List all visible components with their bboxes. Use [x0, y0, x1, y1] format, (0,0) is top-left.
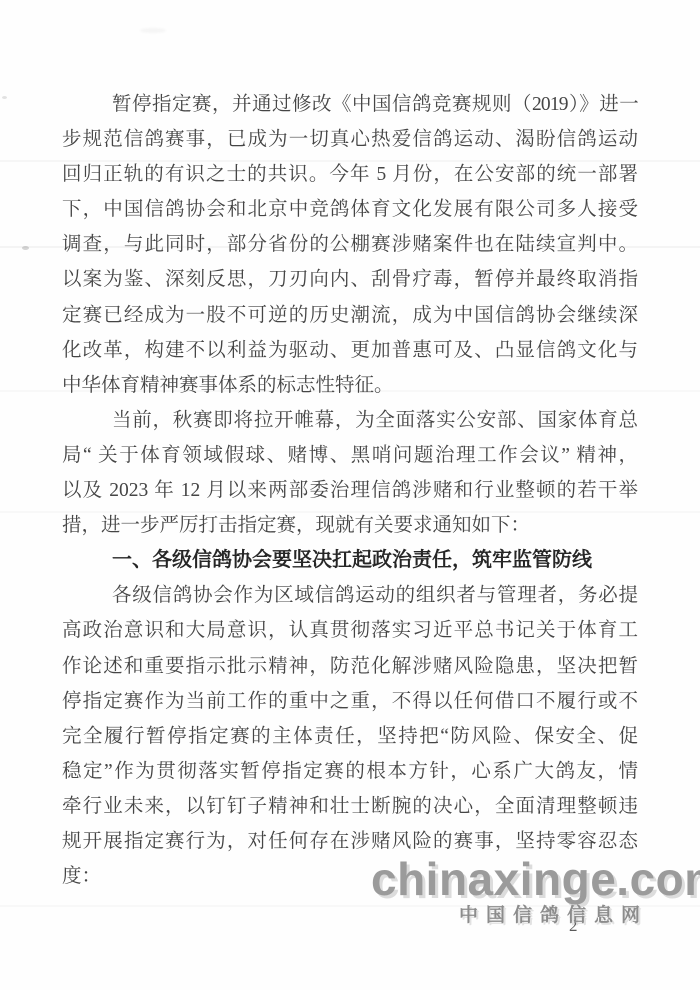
- watermark-logo: chinaxinge.com: [371, 856, 700, 902]
- doc-line: 回归正轨的有识之士的共识。今年 5 月份，在公安部的统一部署: [62, 157, 638, 192]
- scan-speck: [140, 28, 166, 33]
- doc-line: 停指定赛作为当前工作的重中之重，不得以任何借口不履行或不: [62, 684, 638, 719]
- doc-line: 以及 2023 年 12 月以来两部委治理信鸽涉赌和行业整顿的若干举: [62, 473, 638, 508]
- document-body: 暂停指定赛，并通过修改《中国信鸽竞赛规则（2019）》进一 步规范信鸽赛事，已成…: [62, 87, 638, 894]
- doc-line: 暂停指定赛，并通过修改《中国信鸽竞赛规则（2019）》进一: [62, 87, 638, 122]
- doc-line: 以案为鉴、深刻反思，刀刃向内、刮骨疗毒，暂停并最终取消指: [62, 262, 638, 297]
- doc-line: 中华体育精神赛事体系的标志性特征。: [62, 368, 638, 403]
- scan-artifact-line: [0, 160, 700, 162]
- doc-line: 定赛已经成为一股不可逆的历史潮流，成为中国信鸽协会继续深: [62, 298, 638, 333]
- scan-artifact-line: [0, 511, 700, 513]
- doc-line: 步规范信鸽赛事，已成为一切真心热爱信鸽运动、渴盼信鸽运动: [62, 122, 638, 157]
- doc-line: 牵行业未来，以钉钉子精神和壮士断腕的决心，全面清理整顿违: [62, 789, 638, 824]
- scan-speck: [2, 96, 7, 99]
- doc-line: 作论述和重要指示批示精神，防范化解涉赌风险隐患，坚决把暂: [62, 649, 638, 684]
- doc-line: 各级信鸽协会作为区域信鸽运动的组织者与管理者，务必提: [62, 578, 638, 613]
- doc-line: 稳定”作为贯彻落实暂停指定赛的根本方针，心系广大鸽友，情: [62, 754, 638, 789]
- document-page: 暂停指定赛，并通过修改《中国信鸽竞赛规则（2019）》进一 步规范信鸽赛事，已成…: [0, 0, 700, 990]
- scan-artifact-line: [0, 390, 700, 392]
- scan-speck: [22, 246, 29, 250]
- doc-line: 调查，与此同时，部分省份的公棚赛涉赌案件也在陆续宣判中。: [62, 227, 638, 262]
- doc-line: 下，中国信鸽协会和北京中竞鸽体育文化发展有限公司多人接受: [62, 192, 638, 227]
- doc-line: 高政治意识和大局意识，认真贯彻落实习近平总书记关于体育工: [62, 613, 638, 648]
- doc-line: 措，进一步严厉打击指定赛，现就有关要求通知如下：: [62, 508, 638, 543]
- section-heading: 一、各级信鸽协会要坚决扛起政治责任，筑牢监管防线: [62, 543, 638, 578]
- watermark-site-name: 中国信鸽信息网: [459, 903, 648, 929]
- scan-artifact-line: [0, 246, 700, 248]
- doc-line: 化改革，构建不以利益为驱动、更加普惠可及、凸显信鸽文化与: [62, 333, 638, 368]
- doc-line: 局“ 关于体育领域假球、赌博、黑哨问题治理工作会议” 精神，: [62, 438, 638, 473]
- doc-line: 当前，秋赛即将拉开帷幕，为全面落实公安部、国家体育总: [62, 403, 638, 438]
- doc-line: 完全履行暂停指定赛的主体责任，坚持把“防风险、保安全、促: [62, 719, 638, 754]
